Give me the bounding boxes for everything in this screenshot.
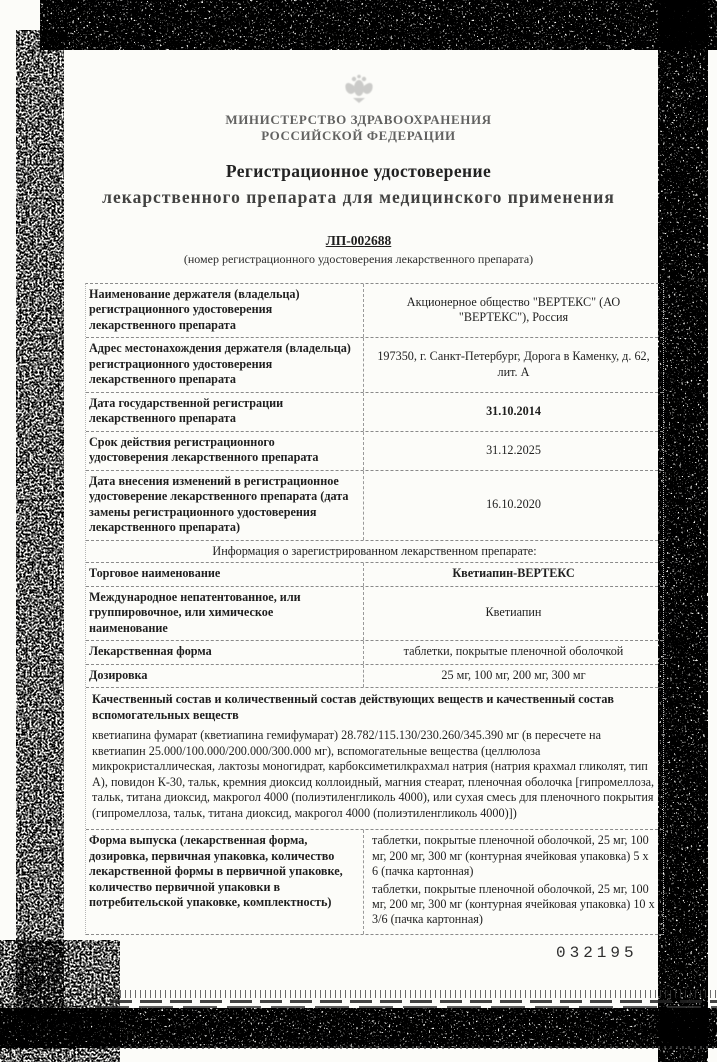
stamp-serial-number: 032195 [556, 944, 638, 962]
table-row-expiry-date: Срок действия регистрационного удостовер… [86, 432, 663, 471]
row-label: Торговое наименование [86, 563, 363, 585]
ministry-line1: МИНИСТЕРСТВО ЗДРАВООХРАНЕНИЯ [0, 112, 717, 128]
scan-noise-bottom-left-corner [0, 940, 120, 1062]
composition-value: кветиапина фумарат (кветиапина гемифумар… [92, 726, 657, 826]
guilloche-dash-line-2 [95, 1006, 717, 1008]
registration-number-caption: (номер регистрационного удостоверения ле… [0, 252, 717, 267]
registration-number: ЛП-002688 [0, 233, 717, 249]
row-label: Международное непатентованное, или групп… [86, 587, 363, 640]
ministry-line2: РОССИЙСКОЙ ФЕДЕРАЦИИ [0, 128, 717, 144]
guilloche-dot-row [100, 1046, 717, 1049]
table-row-composition: Качественный состав и количественный сос… [86, 688, 663, 830]
row-label: Срок действия регистрационного удостовер… [86, 432, 363, 470]
table-row-registration-date: Дата государственной регистрации лекарст… [86, 393, 663, 432]
registration-table: Наименование держателя (владельца) регис… [85, 283, 664, 935]
table-row-dosage-form: Лекарственная форма таблетки, покрытые п… [86, 641, 663, 664]
row-value: 25 мг, 100 мг, 200 мг, 300 мг [363, 665, 663, 687]
row-value: 31.12.2025 [363, 432, 663, 470]
document-title-line2: лекарственного препарата для медицинског… [0, 184, 717, 210]
table-row-inn: Международное непатентованное, или групп… [86, 587, 663, 641]
row-label: Дозировка [86, 665, 363, 687]
document-title: Регистрационное удостоверение лекарствен… [0, 158, 717, 210]
row-value: 197350, г. Санкт-Петербург, Дорога в Кам… [363, 338, 663, 391]
row-label: Дата государственной регистрации лекарст… [86, 393, 363, 431]
scanned-registration-certificate: МИНИСТЕРСТВО ЗДРАВООХРАНЕНИЯ РОССИЙСКОЙ … [0, 0, 717, 1062]
row-value: Акционерное общество "ВЕРТЕКС" (АО "ВЕРТ… [363, 284, 663, 337]
row-label: Адрес местонахождения держателя (владель… [86, 338, 363, 391]
release-form-entry-2: таблетки, покрытые пленочной оболочкой, … [372, 882, 655, 928]
row-value: таблетки, покрытые пленочной оболочкой [363, 641, 663, 663]
row-value: 16.10.2020 [363, 471, 663, 540]
table-row-holder-address: Адрес местонахождения держателя (владель… [86, 338, 663, 392]
table-row-holder: Наименование держателя (владельца) регис… [86, 284, 663, 338]
table-section-header: Информация о зарегистрированном лекарств… [86, 541, 663, 563]
guilloche-tick-row [95, 990, 717, 998]
table-row-trade-name: Торговое наименование Кветиапин-ВЕРТЕКС [86, 563, 663, 586]
row-label: Наименование держателя (владельца) регис… [86, 284, 363, 337]
guilloche-dash-line-1 [110, 1000, 717, 1003]
row-label: Дата внесения изменений в регистрационно… [86, 471, 363, 540]
release-form-entry-1: таблетки, покрытые пленочной оболочкой, … [372, 833, 655, 879]
table-row-amendment-date: Дата внесения изменений в регистрационно… [86, 471, 663, 541]
row-value: Кветиапин-ВЕРТЕКС [363, 563, 663, 585]
ministry-heading: МИНИСТЕРСТВО ЗДРАВООХРАНЕНИЯ РОССИЙСКОЙ … [0, 112, 717, 144]
russia-coat-of-arms-icon [341, 72, 377, 106]
scan-noise-bottom [0, 1008, 717, 1048]
scan-noise-top [40, 0, 717, 50]
row-label: Лекарственная форма [86, 641, 363, 663]
table-row-release-form: Форма выпуска (лекарственная форма, дози… [86, 830, 663, 935]
table-row-dosage: Дозировка 25 мг, 100 мг, 200 мг, 300 мг [86, 665, 663, 688]
row-label: Форма выпуска (лекарственная форма, дози… [86, 830, 363, 934]
row-value: 31.10.2014 [363, 393, 663, 431]
row-value: таблетки, покрытые пленочной оболочкой, … [363, 830, 663, 934]
composition-label: Качественный состав и количественный сос… [92, 691, 657, 726]
row-value: Кветиапин [363, 587, 663, 640]
document-title-line1: Регистрационное удостоверение [0, 158, 717, 184]
